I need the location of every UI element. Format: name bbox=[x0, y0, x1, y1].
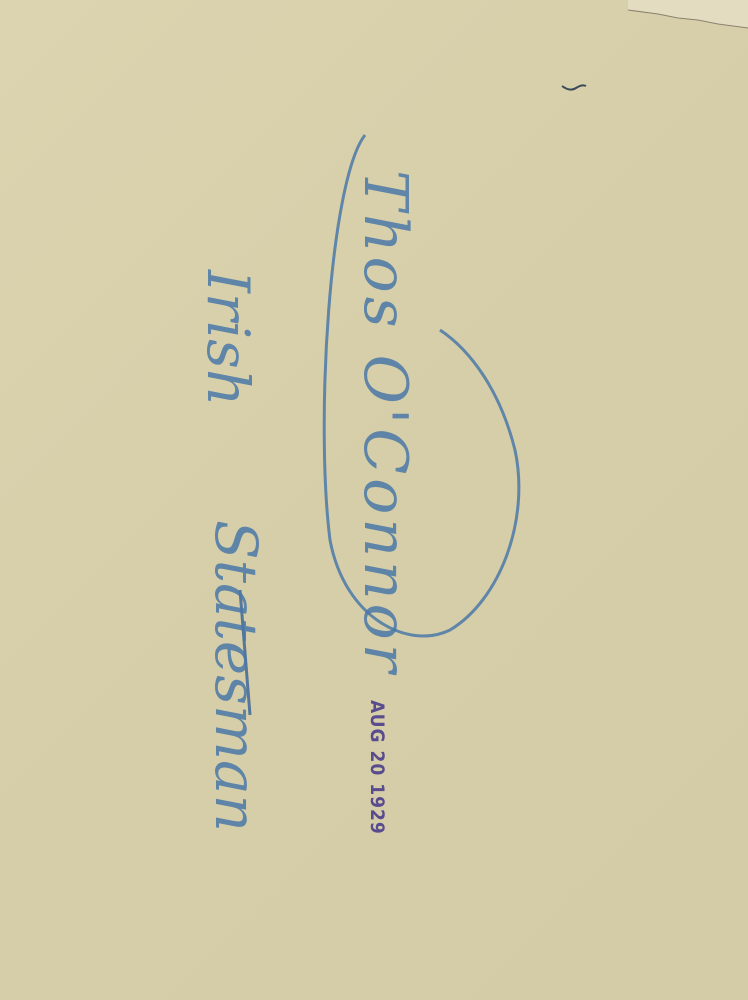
handwritten-name: Thos O'Connor bbox=[350, 170, 420, 676]
date-stamp: AUG 20 1929 bbox=[366, 700, 388, 835]
document-sheet: Thos O'Connor Irish Statesman AUG 20 192… bbox=[0, 0, 748, 1000]
handwritten-caption-line2: Statesman bbox=[202, 520, 270, 832]
handwritten-caption-line1: Irish bbox=[194, 270, 262, 406]
